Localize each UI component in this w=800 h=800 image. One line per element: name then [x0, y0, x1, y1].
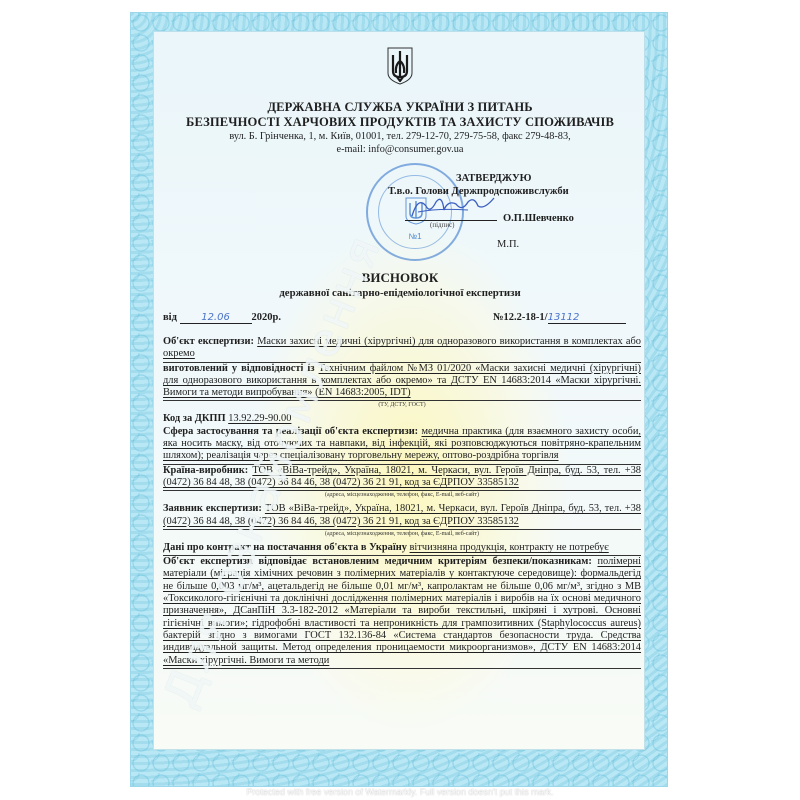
agency-name: ДЕРЖАВНА СЛУЖБА УКРАЇНИ З ПИТАНЬ БЕЗПЕЧН…	[150, 100, 650, 130]
country-label: Країна-виробник:	[163, 465, 248, 476]
scope-label: Сфера застосування та реалізації об'єкта…	[163, 426, 418, 437]
email-line: e-mail: info@consumer.gov.ua	[150, 143, 650, 156]
dkpp-label: Код за ДКПП	[163, 413, 226, 424]
signature	[408, 192, 498, 222]
criteria-section: Об'єкт експертизи відповідає встановлени…	[163, 556, 641, 667]
contract-label: Дані про контракт на постачання об'єкта …	[163, 542, 407, 553]
object-section: Об'єкт експертизи: Маски захисні медичні…	[163, 336, 641, 361]
date-prefix: від	[163, 312, 177, 323]
contract-section: Дані про контракт на постачання об'єкта …	[163, 542, 641, 554]
applicant-section: Заявник експертизи: ТОВ «ВіВа-трейд», Ук…	[163, 503, 641, 528]
applicant-label: Заявник експертизи:	[163, 503, 262, 514]
document-title: ВИСНОВОК	[150, 270, 650, 286]
trident-coat-of-arms-icon	[387, 47, 413, 85]
agency-line-2: БЕЗПЕЧНОСТІ ХАРЧОВИХ ПРОДУКТІВ ТА ЗАХИСТ…	[150, 115, 650, 130]
manufactured-section: виготовлений у відповідності із Технічни…	[163, 363, 641, 400]
date-suffix: 2020р.	[252, 312, 281, 323]
number-prefix: №12.2-18-1/	[493, 312, 548, 323]
date-number-row: від 12.062020р. №12.2-18-1/13112	[163, 312, 643, 324]
criteria-value: полімерні матеріали (міграція хімічних р…	[163, 556, 641, 665]
country-caption: (адреса, місцезнаходження, телефон, факс…	[163, 490, 641, 499]
number-handwritten: 13112	[548, 312, 580, 323]
agency-line-1: ДЕРЖАВНА СЛУЖБА УКРАЇНИ З ПИТАНЬ	[150, 100, 650, 115]
object-label: Об'єкт експертизи:	[163, 336, 254, 347]
dkpp-section: Код за ДКПП 13.92.29-90.00	[163, 413, 641, 425]
applicant-caption: (адреса, місцезнаходження, телефон, факс…	[163, 529, 641, 538]
dkpp-value: 13.92.29-90.00	[228, 413, 291, 424]
date-handwritten: 12.06	[201, 312, 230, 323]
criteria-label: Об'єкт експертизи відповідає встановлени…	[163, 556, 592, 567]
document-subtitle: державної санітарно-епідеміологічної екс…	[150, 287, 650, 299]
country-section: Країна-виробник: ТОВ «ВіВа-трейд», Украї…	[163, 465, 641, 490]
seal-label: М.П.	[497, 239, 519, 250]
agency-address: вул. Б. Грінченка, 1, м. Київ, 01001, те…	[150, 130, 650, 156]
document-number: №12.2-18-1/13112	[493, 312, 626, 324]
contract-value: вітчизняна продукція, контракту не потре…	[410, 542, 609, 553]
approve-label: ЗАТВЕРДЖУЮ	[440, 172, 660, 185]
signer-name: О.П.Шевченко	[503, 213, 574, 224]
standards-caption: (ТУ, ДСТУ, ГОСТ)	[163, 400, 641, 409]
address-line: вул. Б. Грінченка, 1, м. Київ, 01001, те…	[150, 130, 650, 143]
scope-section: Сфера застосування та реалізації об'єкта…	[163, 426, 641, 463]
signature-caption: (підпис)	[430, 221, 455, 229]
certificate-body: Об'єкт експертизи: Маски захисні медичні…	[163, 336, 641, 669]
stamp-number: №1	[368, 232, 462, 241]
footer-watermark: Protected with free version of Watermark…	[0, 787, 800, 797]
manufactured-label: виготовлений у відповідності із	[163, 363, 315, 374]
